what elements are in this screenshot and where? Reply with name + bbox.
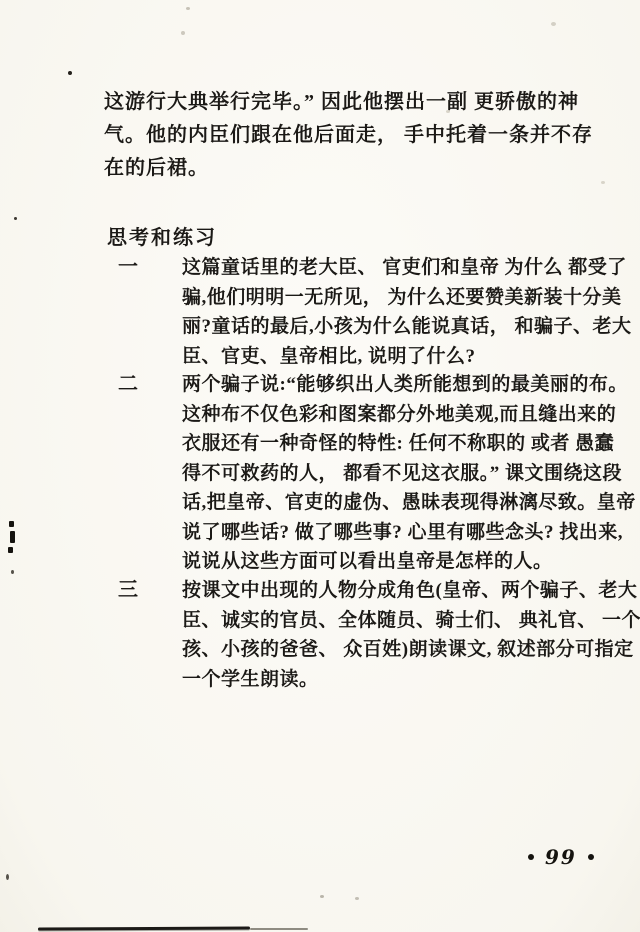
folio-right-dot xyxy=(588,854,594,860)
folio-number: 99 xyxy=(545,845,577,869)
question-number: 三 xyxy=(118,576,182,606)
question-line: 臣、官吏、皇帝相比, 说明了什么? xyxy=(182,342,632,372)
question-line: 两个骗子说:“能够织出人类所能想到的最美丽的布。 xyxy=(182,370,636,400)
question-line: 说说从这些方面可以看出皇帝是怎样的人。 xyxy=(182,547,636,577)
scan-margin-dashes xyxy=(8,521,16,557)
scan-dash xyxy=(9,521,14,527)
exercise-question-1: 一 这篇童话里的老大臣、 官吏们和皇帝 为什么 都受了 骗,他们明明一无所见， … xyxy=(118,253,632,371)
lesson-body-line: 气。他的内臣们跟在他后面走， 手中托着一条并不存 xyxy=(104,119,584,152)
exercise-question-2: 二 两个骗子说:“能够织出人类所能想到的最美丽的布。 这种布不仅色彩和图案都分外… xyxy=(118,370,636,577)
question-line: 臣、诚实的官员、全体随员、骑士们、 典礼官、 一个小 xyxy=(182,606,640,636)
question-number: 一 xyxy=(118,253,182,283)
scan-speck xyxy=(181,31,185,35)
page-number: 99 xyxy=(528,845,594,869)
scan-smudge-line xyxy=(38,926,250,930)
scan-smudge-line-tail xyxy=(250,928,308,930)
exercise-question-3: 三 按课文中出现的人物分成角色(皇帝、两个骗子、老大 臣、诚实的官员、全体随员、… xyxy=(118,576,640,694)
scan-speck xyxy=(601,181,605,184)
scan-speck xyxy=(68,71,72,75)
scan-speck xyxy=(446,110,450,113)
scan-dash xyxy=(8,547,13,553)
scanned-textbook-page: 这游行大典举行完毕。” 因此他摆出一副 更骄傲的神 气。他的内臣们跟在他后面走，… xyxy=(0,0,640,932)
scan-speck xyxy=(6,874,9,880)
lesson-body-paragraph: 这游行大典举行完毕。” 因此他摆出一副 更骄傲的神 气。他的内臣们跟在他后面走，… xyxy=(104,86,584,185)
question-line: 按课文中出现的人物分成角色(皇帝、两个骗子、老大 xyxy=(182,576,640,606)
question-line: 话,把皇帝、官吏的虚伪、愚昧表现得淋漓尽致。皇帝 xyxy=(182,488,636,518)
lesson-body-line: 在的后裙。 xyxy=(104,152,584,185)
folio-left-dot xyxy=(528,854,534,860)
scan-speck xyxy=(320,895,324,898)
question-line: 丽?童话的最后,小孩为什么能说真话， 和骗子、老大 xyxy=(182,312,632,342)
question-line: 说了哪些话? 做了哪些事? 心里有哪些念头? 找出来, xyxy=(182,518,636,548)
question-line: 这篇童话里的老大臣、 官吏们和皇帝 为什么 都受了 xyxy=(182,253,632,283)
lesson-body-line: 这游行大典举行完毕。” 因此他摆出一副 更骄傲的神 xyxy=(104,86,584,119)
question-line: 骗,他们明明一无所见， 为什么还要赞美新装十分美 xyxy=(182,283,632,313)
scan-speck xyxy=(11,570,14,574)
scan-speck xyxy=(551,22,556,26)
question-number: 二 xyxy=(118,370,182,400)
question-text: 这篇童话里的老大臣、 官吏们和皇帝 为什么 都受了 骗,他们明明一无所见， 为什… xyxy=(182,253,632,371)
scan-speck xyxy=(14,217,17,220)
question-line: 孩、小孩的爸爸、 众百姓)朗读课文, 叙述部分可指定 xyxy=(182,635,640,665)
question-text: 两个骗子说:“能够织出人类所能想到的最美丽的布。 这种布不仅色彩和图案都分外地美… xyxy=(182,370,636,577)
question-line: 这种布不仅色彩和图案都分外地美观,而且缝出来的 xyxy=(182,400,636,430)
question-line: 衣服还有一种奇怪的特性: 任何不称职的 或者 愚蠢 xyxy=(182,429,636,459)
question-line: 一个学生朗读。 xyxy=(182,665,640,695)
scan-speck xyxy=(186,7,190,10)
question-text: 按课文中出现的人物分成角色(皇帝、两个骗子、老大 臣、诚实的官员、全体随员、骑士… xyxy=(182,576,640,694)
exercises-heading: 思考和练习 xyxy=(107,221,217,250)
question-line: 得不可救药的人， 都看不见这衣服。” 课文围绕这段 xyxy=(182,459,636,489)
scan-dash xyxy=(10,531,15,543)
scan-speck xyxy=(355,897,359,900)
